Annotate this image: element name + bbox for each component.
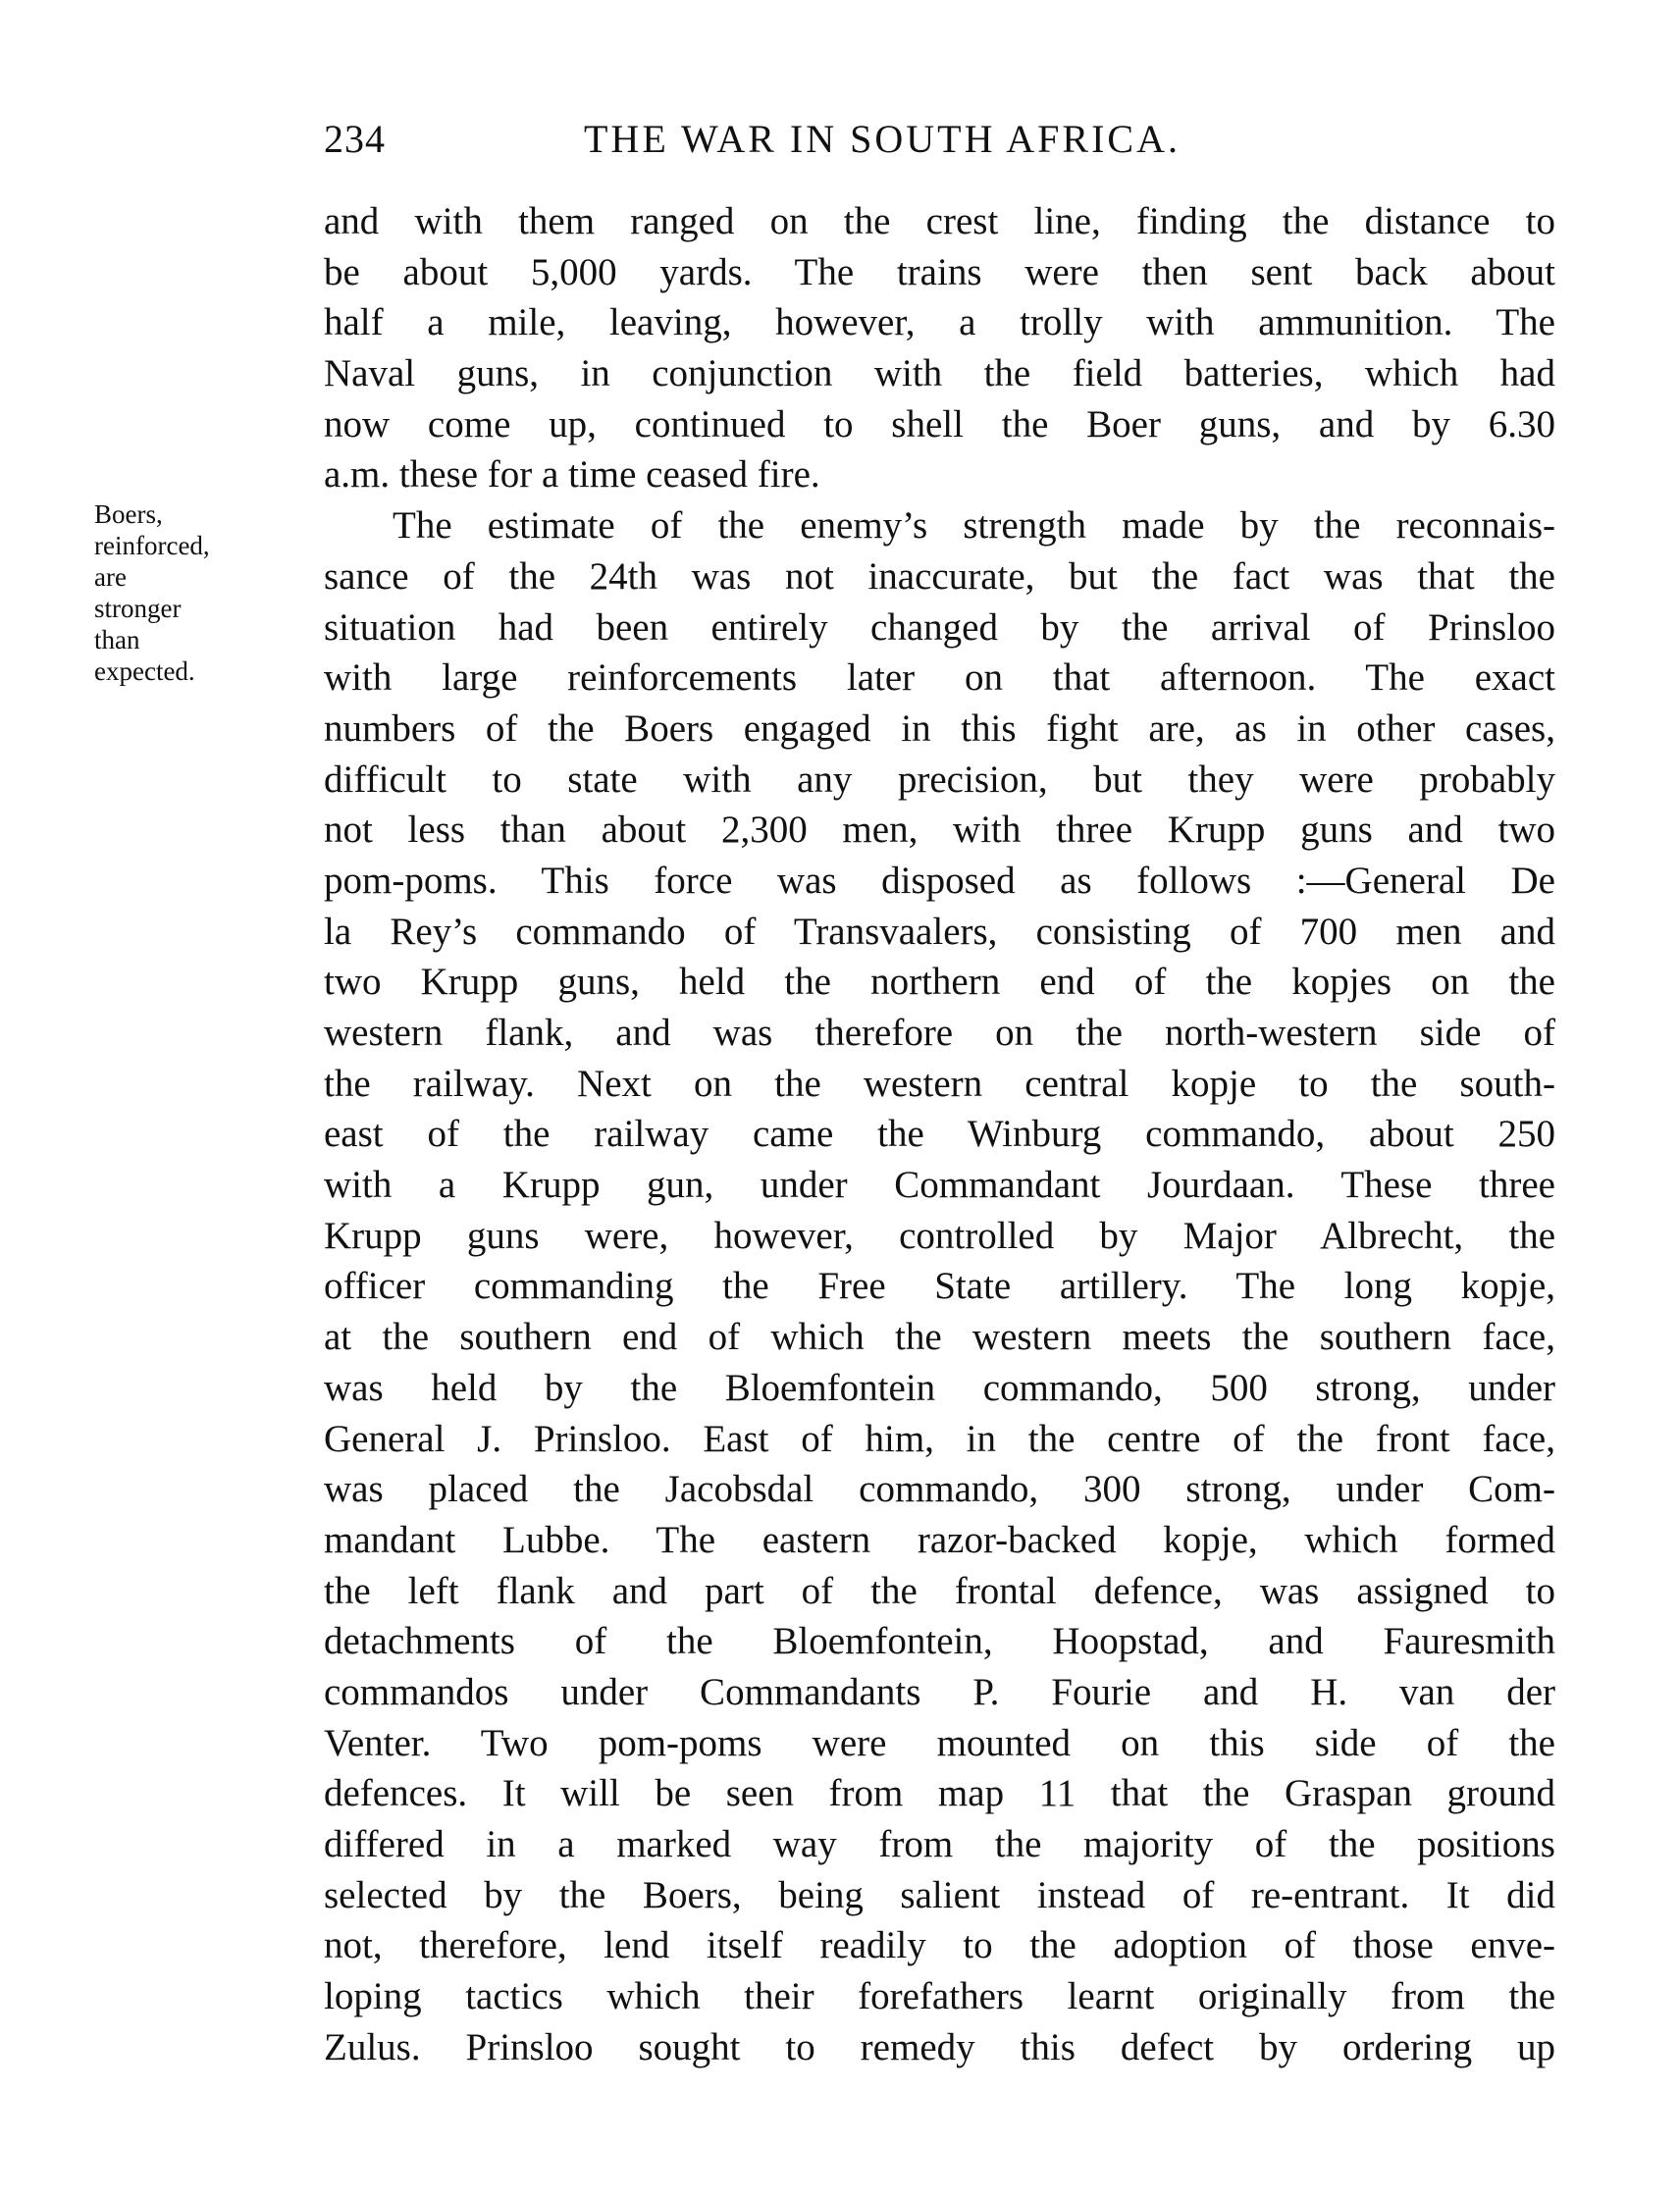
text-line: officer commanding the Free State artill…: [324, 1261, 1555, 1312]
text-line: be about 5,000 yards. The trains were th…: [324, 247, 1555, 298]
text-line: not, therefore, lend itself readily to t…: [324, 1920, 1555, 1971]
text-line: at the southern end of which the western…: [324, 1312, 1555, 1363]
text-line: western flank, and was therefore on the …: [324, 1008, 1555, 1059]
text-line: Krupp guns were, however, controlled by …: [324, 1211, 1555, 1262]
margin-note-line: reinforced,: [94, 530, 290, 561]
text-line: two Krupp guns, held the northern end of…: [324, 957, 1555, 1008]
text-line: the left flank and part of the frontal d…: [324, 1566, 1555, 1617]
text-line: Naval guns, in conjunction with the fiel…: [324, 348, 1555, 399]
text-line: situation had been entirely changed by t…: [324, 602, 1555, 654]
margin-note-line: stronger: [94, 593, 290, 624]
text-line: not less than about 2,300 men, with thre…: [324, 805, 1555, 856]
text-line: half a mile, leaving, however, a trolly …: [324, 297, 1555, 348]
text-line: pom-poms. This force was disposed as fol…: [324, 856, 1555, 907]
text-line: sance of the 24th was not inaccurate, bu…: [324, 551, 1555, 602]
margin-note-line: Boers,: [94, 498, 290, 530]
text-line: with large reinforcements later on that …: [324, 653, 1555, 704]
text-line: with a Krupp gun, under Commandant Jourd…: [324, 1160, 1555, 1211]
text-line: General J. Prinsloo. East of him, in the…: [324, 1414, 1555, 1465]
text-line: the railway. Next on the western central…: [324, 1059, 1555, 1110]
paragraph-start-line: The estimate of the enemy’s strength mad…: [324, 500, 1555, 551]
text-line: Zulus. Prinsloo sought to remedy this de…: [324, 2022, 1555, 2073]
text-line: la Rey’s commando of Transvaalers, consi…: [324, 907, 1555, 958]
text-line: selected by the Boers, being salient ins…: [324, 1870, 1555, 1921]
margin-note-line: expected.: [94, 655, 290, 687]
text-line: detachments of the Bloemfontein, Hoopsta…: [324, 1616, 1555, 1667]
text-line: Venter. Two pom-poms were mounted on thi…: [324, 1718, 1555, 1769]
text-line: commandos under Commandants P. Fourie an…: [324, 1667, 1555, 1718]
text-line: and with them ranged on the crest line, …: [324, 196, 1555, 247]
body-text: and with them ranged on the crest line, …: [324, 196, 1555, 2072]
text-line: difficult to state with any precision, b…: [324, 755, 1555, 806]
margin-note-line: than: [94, 624, 290, 655]
text-line: was held by the Bloemfontein commando, 5…: [324, 1363, 1555, 1414]
running-head: THE WAR IN SOUTH AFRICA.: [584, 116, 1181, 162]
text-line: defences. It will be seen from map 11 th…: [324, 1768, 1555, 1819]
text-line: mandant Lubbe. The eastern razor-backed …: [324, 1515, 1555, 1566]
text-line: loping tactics which their forefathers l…: [324, 1971, 1555, 2022]
margin-note: Boers, reinforced, are stronger than exp…: [94, 498, 290, 687]
margin-note-line: are: [94, 561, 290, 593]
text-line: east of the railway came the Winburg com…: [324, 1109, 1555, 1160]
text-line: numbers of the Boers engaged in this fig…: [324, 704, 1555, 755]
page-number: 234: [324, 116, 386, 162]
text-line: was placed the Jacobsdal commando, 300 s…: [324, 1464, 1555, 1515]
text-line: a.m. these for a time ceased fire.: [324, 449, 1555, 500]
text-line: now come up, continued to shell the Boer…: [324, 399, 1555, 450]
text-line: differed in a marked way from the majori…: [324, 1819, 1555, 1870]
